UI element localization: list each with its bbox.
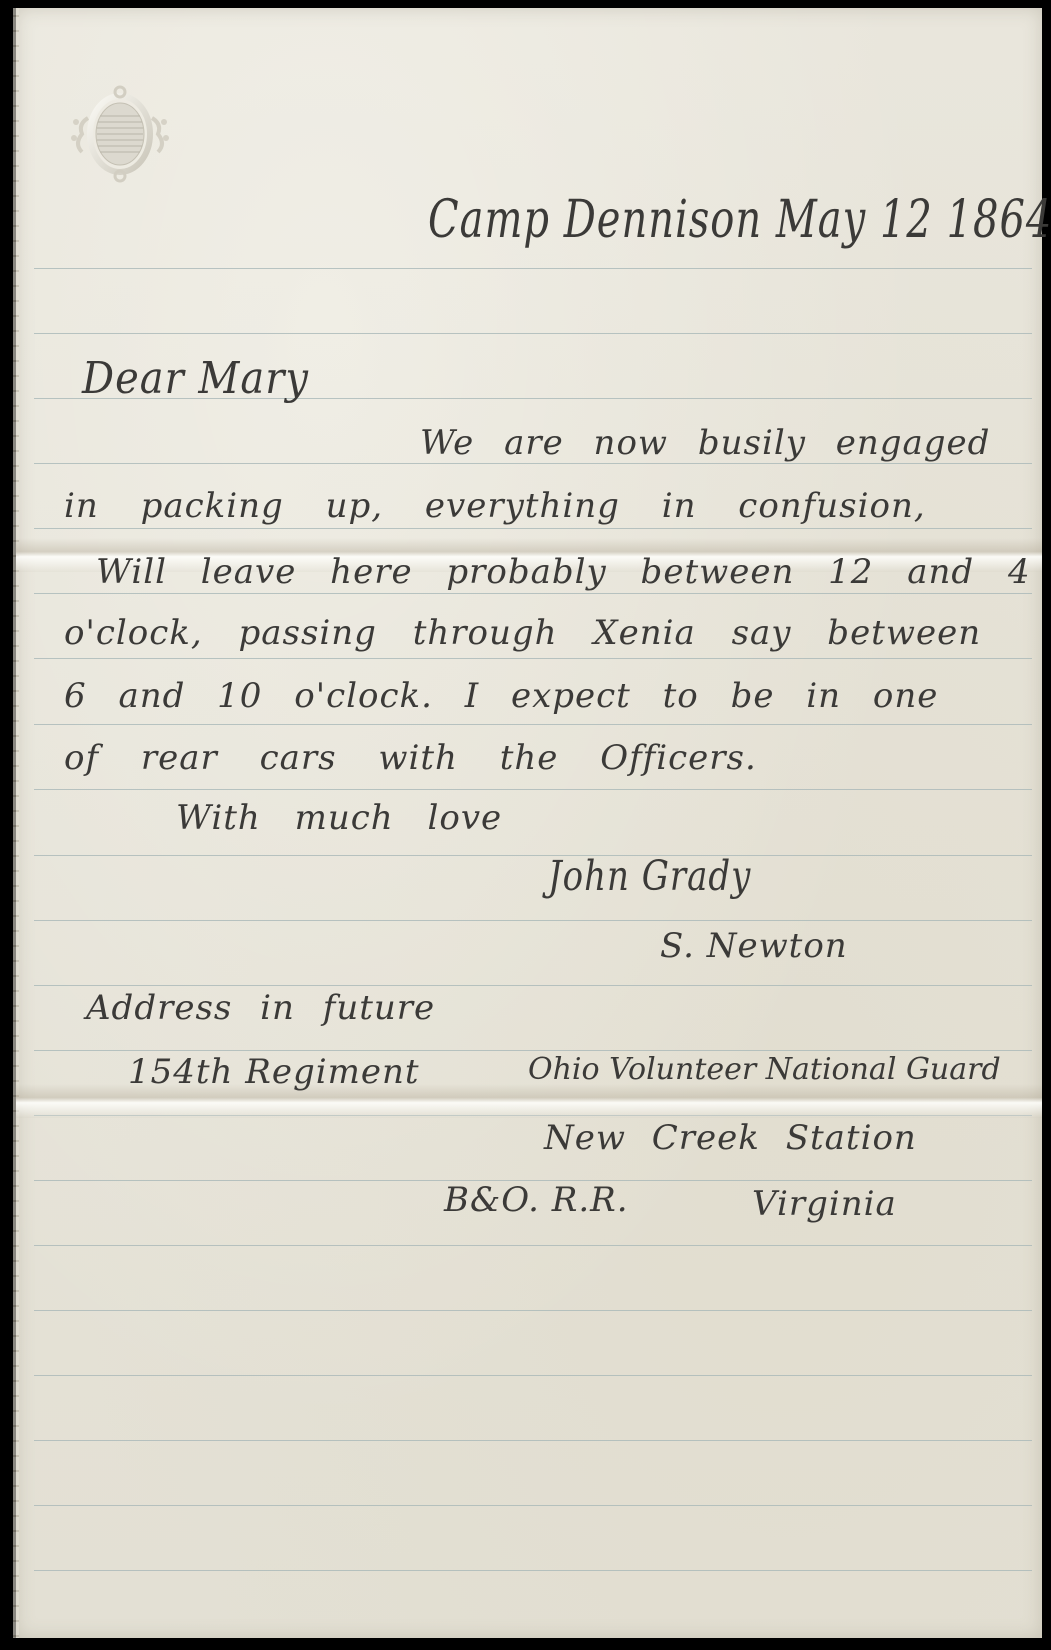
- address-state: Virginia: [752, 1184, 897, 1224]
- ruled-line: [34, 1570, 1032, 1571]
- dateline: Camp Dennison May 12 1864: [428, 190, 1051, 250]
- body-line: 6 and 10 o'clock. I expect to be in one: [64, 676, 938, 716]
- ruled-line: [34, 268, 1032, 269]
- ruled-line: [34, 1375, 1032, 1376]
- ruled-line: [34, 1440, 1032, 1441]
- ruled-line: [34, 593, 1032, 594]
- signature-name: John Grady: [548, 853, 751, 901]
- ruled-line: [34, 528, 1032, 529]
- ruled-line: [34, 920, 1032, 921]
- ruled-line: [34, 855, 1032, 856]
- address-railroad: B&O. R.R.: [444, 1180, 629, 1220]
- body-line: o'clock, passing through Xenia say betwe…: [64, 613, 981, 653]
- ruled-line: [34, 333, 1032, 334]
- embossed-seal-icon: [62, 82, 174, 186]
- ruled-line: [34, 1505, 1032, 1506]
- ruled-line: [34, 985, 1032, 986]
- body-line: of rear cars with the Officers.: [64, 738, 757, 778]
- body-line: in packing up, everything in confusion,: [64, 486, 926, 526]
- ruled-line: [34, 789, 1032, 790]
- address-heading: Address in future: [86, 988, 435, 1028]
- letter-page: Camp Dennison May 12 1864 Dear Mary We a…: [16, 8, 1042, 1638]
- ruled-line: [34, 1050, 1032, 1051]
- ruled-line: [34, 724, 1032, 725]
- signature-title: S. Newton: [660, 926, 848, 966]
- address-regiment: 154th Regiment: [128, 1052, 420, 1092]
- body-line: We are now busily engaged: [420, 423, 990, 463]
- ruled-line: [34, 658, 1032, 659]
- closing: With much love: [176, 798, 502, 838]
- ruled-line: [34, 463, 1032, 464]
- salutation: Dear Mary: [82, 353, 309, 404]
- ruled-line: [34, 1245, 1032, 1246]
- ruled-line: [34, 1310, 1032, 1311]
- body-line: Will leave here probably between 12 and …: [96, 552, 1031, 592]
- address-station: New Creek Station: [544, 1118, 917, 1158]
- address-unit: Ohio Volunteer National Guard: [528, 1052, 1001, 1087]
